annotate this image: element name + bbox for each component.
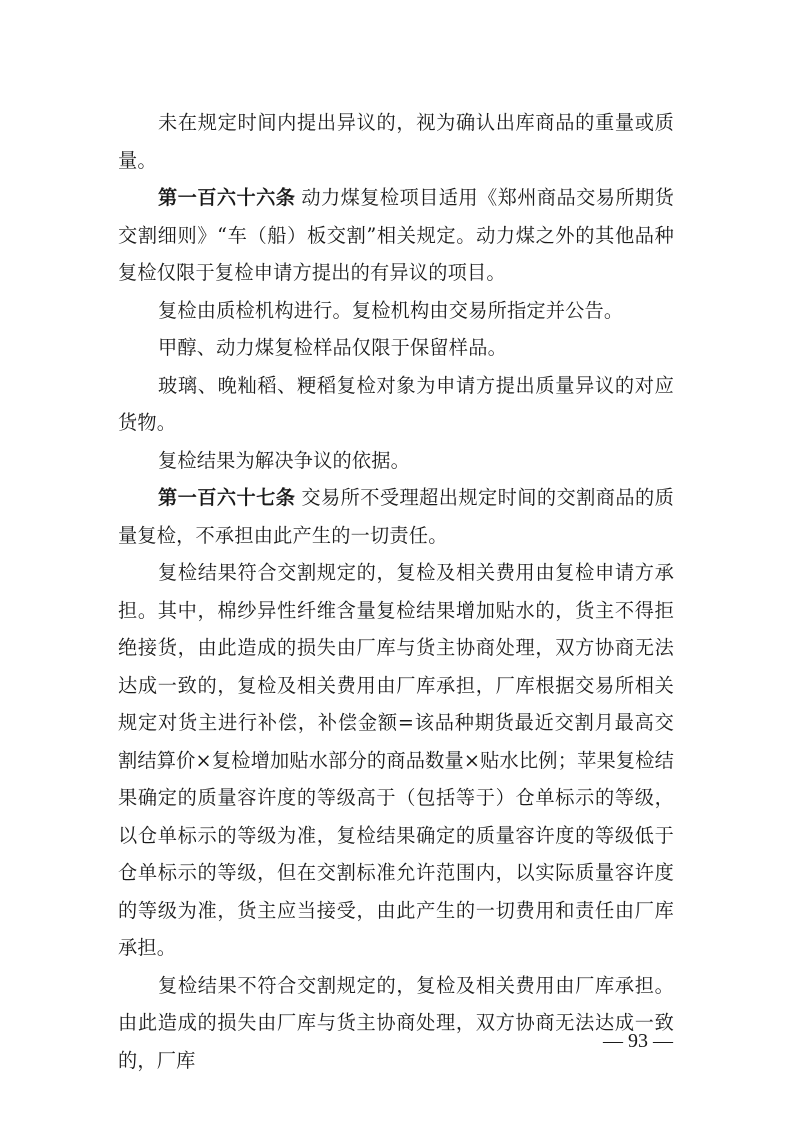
paragraph: 未在规定时间内提出异议的，视为确认出库商品的重量或质量。: [118, 104, 674, 179]
paragraph-text: 复检结果不符合交割规定的，复检及相关费用由厂库承担。由此造成的损失由厂库与货主协…: [118, 974, 674, 1072]
paragraph: 复检由质检机构进行。复检机构由交易所指定并公告。: [118, 292, 674, 330]
page-number: — 93 —: [598, 1030, 678, 1053]
article-number: 第一百六十六条: [158, 186, 295, 209]
document-body: 未在规定时间内提出异议的，视为确认出库商品的重量或质量。 第一百六十六条动力煤复…: [118, 104, 674, 1079]
paragraph-text: 未在规定时间内提出异议的，视为确认出库商品的重量或质量。: [118, 111, 674, 172]
paragraph: 玻璃、晚籼稻、粳稻复检对象为申请方提出质量异议的对应货物。: [118, 367, 674, 442]
paragraph: 复检结果不符合交割规定的，复检及相关费用由厂库承担。由此造成的损失由厂库与货主协…: [118, 967, 674, 1080]
paragraph: 复检结果符合交割规定的，复检及相关费用由复检申请方承担。其中，棉纱异性纤维含量复…: [118, 554, 674, 967]
paragraph-text: 玻璃、晚籼稻、粳稻复检对象为申请方提出质量异议的对应货物。: [118, 374, 674, 435]
paragraph-text: 复检结果为解决争议的依据。: [158, 449, 410, 472]
paragraph-text: 甲醇、动力煤复检样品仅限于保留样品。: [158, 336, 507, 359]
paragraph: 甲醇、动力煤复检样品仅限于保留样品。: [118, 329, 674, 367]
paragraph: 复检结果为解决争议的依据。: [118, 442, 674, 480]
paragraph-article-166: 第一百六十六条动力煤复检项目适用《郑州商品交易所期货交割细则》“车（船）板交割”…: [118, 179, 674, 292]
paragraph-text: 复检结果符合交割规定的，复检及相关费用由复检申请方承担。其中，棉纱异性纤维含量复…: [118, 561, 674, 959]
article-number: 第一百六十七条: [158, 486, 295, 509]
paragraph-article-167: 第一百六十七条交易所不受理超出规定时间的交割商品的质量复检，不承担由此产生的一切…: [118, 479, 674, 554]
paragraph-text: 复检由质检机构进行。复检机构由交易所指定并公告。: [158, 299, 623, 322]
